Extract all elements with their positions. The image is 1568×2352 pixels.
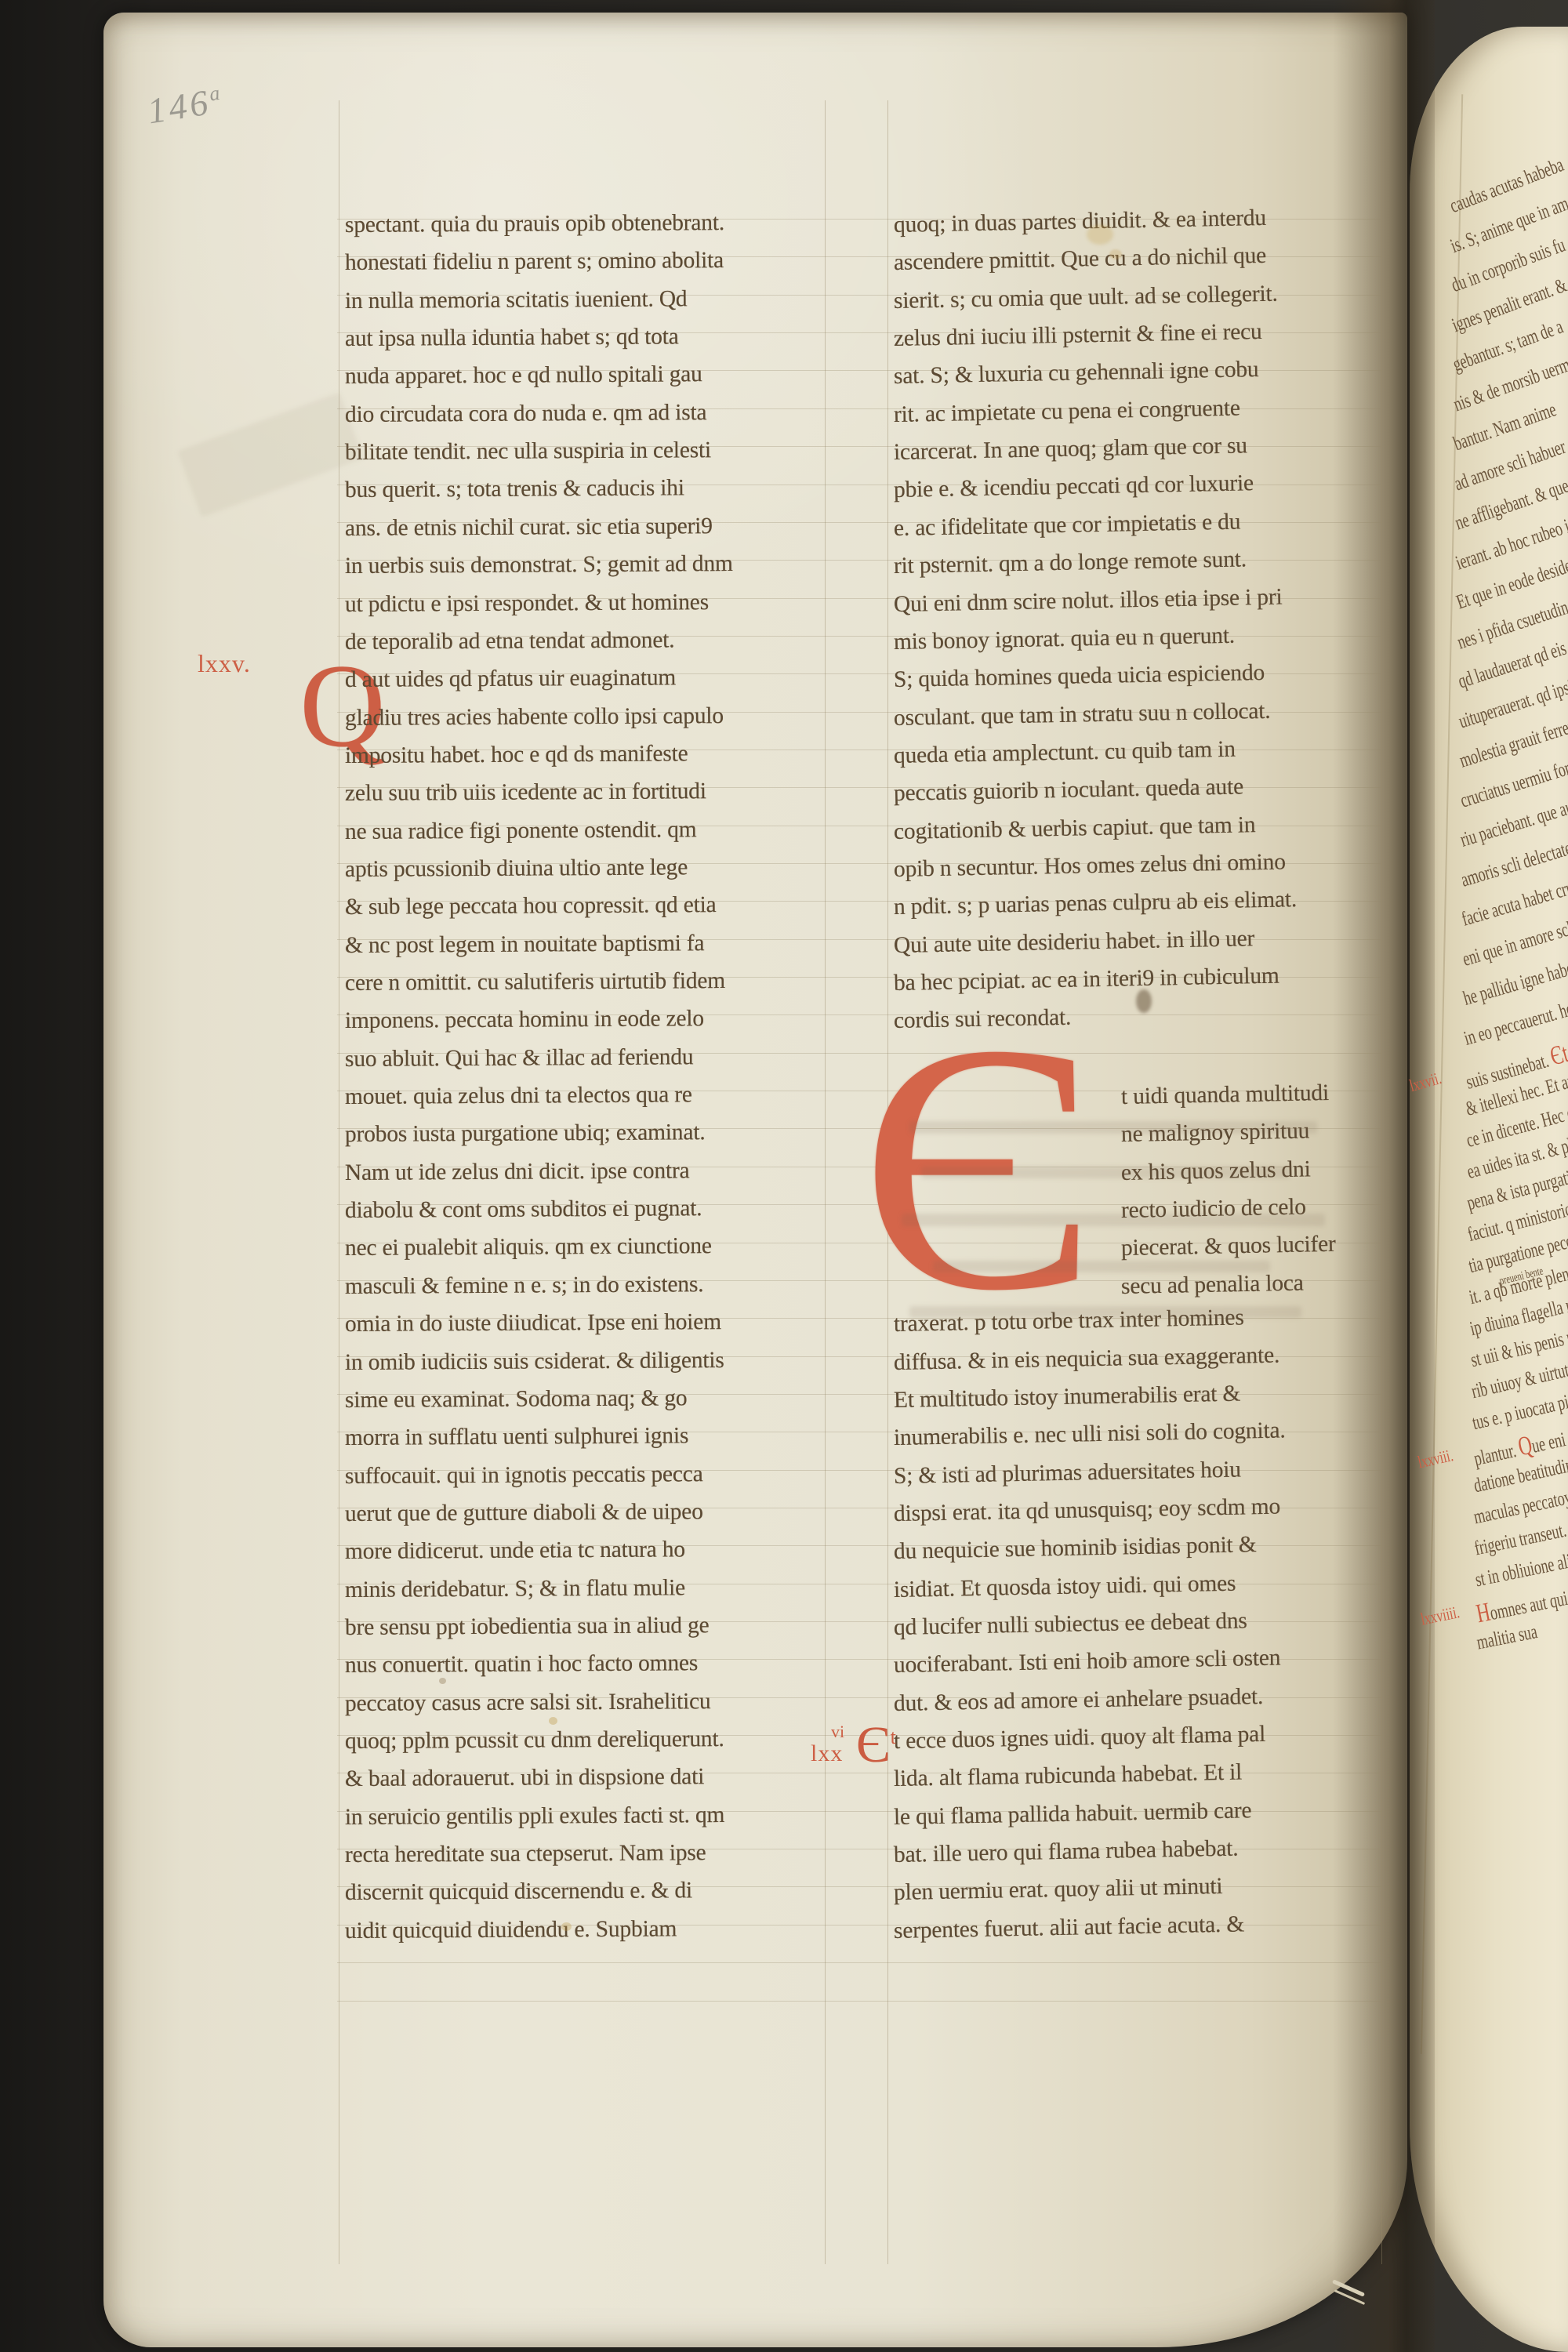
manuscript-text-line: gladiu tres acies habente collo ipsi cap…	[345, 703, 724, 731]
manuscript-text-line: diabolu & cont oms subditos ei pugnat.	[345, 1196, 702, 1224]
manuscript-text-line: omia in do iuste diiudicat. Ipse eni hoi…	[345, 1309, 721, 1338]
manuscript-text-line: nus conuertit. quatin i hoc facto omnes	[345, 1651, 698, 1679]
manuscript-text-line: d aut uides qd pfatus uir euaginatum	[345, 666, 676, 694]
manuscript-text-line: suffocauit. qui in ignotis peccatis pecc…	[345, 1461, 703, 1490]
manuscript-text-line: aptis pcussionib diuina ultio ante lege	[345, 855, 688, 883]
manuscript-text-line: ut pdictu e ipsi respondet. & ut homines	[345, 590, 709, 618]
ruling-line-horizontal	[337, 2001, 1381, 2002]
showthrough-text	[902, 1214, 1325, 1226]
manuscript-text-line: bus querit. s; tota trenis & caducis ihi	[345, 476, 684, 504]
manuscript-text-line: spectant. quia du prauis opib obtenebran…	[345, 210, 724, 238]
manuscript-text-line: dio circudata cora do nuda e. qm ad ista	[345, 400, 707, 428]
chapter-numeral-lxxvi-top: vi	[831, 1722, 844, 1742]
manuscript-text-line: more didicerut. unde etia tc natura ho	[345, 1537, 685, 1566]
initial-letter-rubric: Єt	[1547, 1039, 1568, 1072]
manuscript-text-line: sime eu examinat. Sodoma naq; & go	[345, 1385, 688, 1414]
manuscript-text-line: & baal adorauerut. ubi in dispsione dati	[345, 1765, 704, 1793]
manuscript-text-line: morra in sufflatu uenti sulphurei ignis	[345, 1424, 688, 1452]
ruling-line-vertical	[1381, 100, 1382, 2264]
manuscript-text-line: & sub lege peccata hou copressit. qd eti…	[345, 892, 717, 920]
manuscript-text-line: in nulla memoria scitatis iuenient. Qd	[345, 286, 688, 314]
showthrough-text	[933, 1261, 1270, 1272]
manuscript-text-line: uidit quicquid diuidendu e. Supbiam	[345, 1916, 677, 1944]
manuscript-text-line: Nam ut ide zelus dni dicit. ipse contra	[345, 1158, 690, 1186]
manuscript-text-line: impositu habet. hoc e qd ds manifeste	[345, 741, 688, 769]
ruling-line-horizontal	[337, 1962, 1381, 1963]
manuscript-text-line: t uidi quanda multitudi	[1121, 1080, 1330, 1110]
manuscript-text-line: ans. de etnis nichil curat. sic etia sup…	[345, 514, 713, 542]
manuscript-text-line: uerut que de gutture diaboli & de uipeo	[345, 1499, 703, 1527]
initial-letter-Et-small: Єt	[856, 1725, 896, 1766]
manuscript-text-line: bilitate tendit. nec ulla suspiria in ce…	[345, 437, 711, 466]
manuscript-text-line: imponens. peccata hominu in eode zelo	[345, 1007, 704, 1035]
manuscript-text-line: masculi & femine n e. s; in do existens.	[345, 1272, 704, 1300]
chapter-numeral-lxxv: lxxv.	[198, 649, 251, 678]
showthrough-text	[909, 1121, 1317, 1134]
manuscript-text-line: bre sensu ppt iobedientia sua in aliud g…	[345, 1613, 710, 1641]
manuscript-text-line: zelu suu trib uiis icedente ac in fortit…	[345, 779, 706, 807]
manuscript-text-line: honestati fideliu n parent s; omino abol…	[345, 248, 724, 276]
manuscript-text-line: recta hereditate sua ctepserut. Nam ipse	[345, 1840, 706, 1868]
manuscript-text-line: in seruicio gentilis ppli exules facti s…	[345, 1802, 724, 1831]
manuscript-text-line: & nc post legem in nouitate baptismi fa	[345, 931, 705, 959]
manuscript-text-line: nuda apparet. hoc e qd nullo spitali gau	[345, 362, 702, 390]
manuscript-text-line: cere n omittit. cu salutiferis uirtutib …	[345, 968, 725, 996]
manuscript-text-line: peccatoy casus acre salsi sit. Israhelit…	[345, 1689, 711, 1717]
chapter-numeral-lxxvi-bottom: lxx	[811, 1740, 843, 1767]
manuscript-text-line: probos iusta purgatione ubiq; examinat.	[345, 1120, 706, 1149]
manuscript-text-line: quoq; pplm pcussit cu dnm dereliquerunt.	[345, 1726, 724, 1755]
manuscript-text-line: piecerat. & quos lucifer	[1121, 1232, 1336, 1261]
initial-letter-rubric: Q	[1515, 1431, 1535, 1462]
photo-background: 146a lxxv. Q spectant. quia du prauis op…	[0, 0, 1568, 2352]
manuscript-text-line: minis deridebatur. S; & in flatu mulie	[345, 1575, 685, 1603]
manuscript-text-line: de teporalib ad etna tendat admonet.	[345, 627, 675, 655]
manuscript-text-line: secu ad penalia loca	[1121, 1270, 1304, 1299]
manuscript-text-line: aut ipsa nulla iduntia habet s; qd tota	[345, 324, 679, 352]
manuscript-text-line: in omib iudiciis suis csiderat. & dilige…	[345, 1348, 724, 1376]
manuscript-text-line: ne sua radice figi ponente ostendit. qm	[345, 817, 697, 845]
manuscript-text-line: nec ei pualebit aliquis. qm ex ciunction…	[345, 1234, 712, 1262]
manuscript-text-line: in uerbis suis demonstrat. S; gemit ad d…	[345, 551, 733, 579]
manuscript-text-line: discernit quicquid discernendu e. & di	[345, 1878, 692, 1907]
showthrough-text	[909, 1306, 1301, 1318]
showthrough-text	[921, 1167, 1290, 1178]
manuscript-text-line: suo abluit. Qui hac & illac ad feriendu	[345, 1044, 694, 1073]
manuscript-text-line: mouet. quia zelus dni ta electos qua re	[345, 1082, 692, 1110]
ruling-line-vertical	[825, 100, 826, 2264]
